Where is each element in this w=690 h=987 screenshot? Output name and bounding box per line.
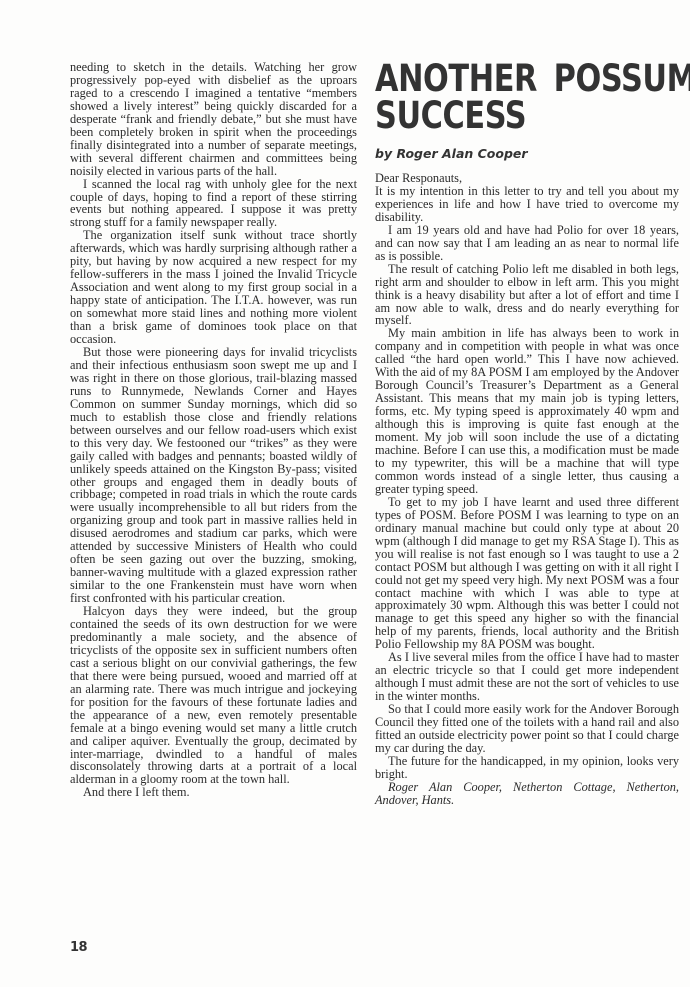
paragraph: I am 19 years old and have had Polio for… [375,224,679,263]
paragraph: Halcyon days they were indeed, but the g… [70,605,357,786]
paragraph: The future for the handicapped, in my op… [375,755,679,781]
salutation: Dear Responauts, [375,172,679,185]
paragraph: To get to my job I have learnt and used … [375,496,679,651]
article-title: ANOTHER POSSUM SUCCESS [375,60,629,134]
paragraph: And there I left them. [70,786,357,799]
paragraph: The result of catching Polio left me dis… [375,263,679,328]
paragraph: My main ambition in life has always been… [375,327,679,495]
paragraph: It is my intention in this letter to try… [375,185,679,224]
left-column-continued-article: needing to sketch in the details. Watchi… [70,61,357,799]
article-byline: by Roger Alan Cooper [375,146,528,161]
paragraph: As I live several miles from the office … [375,651,679,703]
article-title-line-1: ANOTHER POSSUM [375,60,629,97]
right-column-article-body: Dear Responauts, It is my intention in t… [375,172,679,807]
author-signature: Roger Alan Cooper, Netherton Cottage, Ne… [375,781,679,807]
paragraph: The organization itself sunk without tra… [70,229,357,346]
page-number: 18 [70,940,87,955]
paragraph: So that I could more easily work for the… [375,703,679,755]
magazine-page: needing to sketch in the details. Watchi… [0,0,690,987]
article-title-line-2: SUCCESS [375,97,629,134]
paragraph: needing to sketch in the details. Watchi… [70,61,357,178]
paragraph: But those were pioneering days for inval… [70,346,357,605]
paragraph: I scanned the local rag with unholy glee… [70,178,357,230]
